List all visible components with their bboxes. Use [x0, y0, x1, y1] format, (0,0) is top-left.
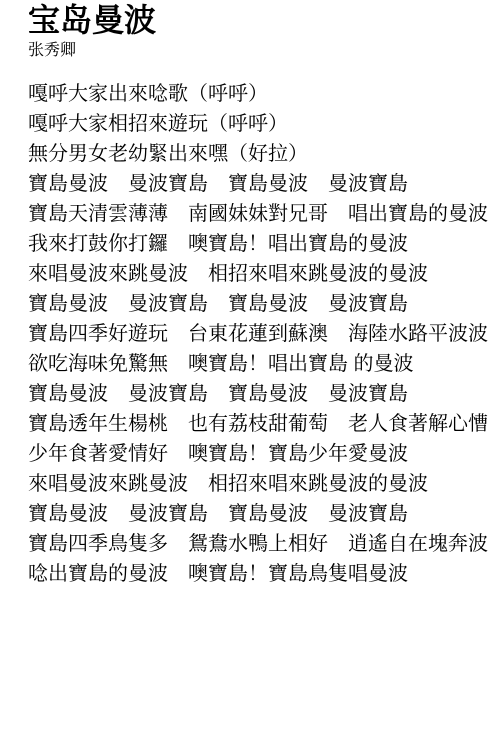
lyric-line: 少年食著愛情好 噢寶島！寶島少年愛曼波 [28, 439, 500, 469]
lyric-line: 寶島透年生楊桃 也有荔枝甜葡萄 老人食著解心慒 [28, 409, 500, 439]
lyric-line: 欲吃海味免驚無 噢寶島！唱出寶島 的曼波 [28, 349, 500, 379]
lyric-line: 寶島曼波 曼波寶島 寶島曼波 曼波寶島 [28, 499, 500, 529]
lyric-line: 我來打鼓你打鑼 噢寶島！唱出寶島的曼波 [28, 229, 500, 259]
lyric-line: 寶島曼波 曼波寶島 寶島曼波 曼波寶島 [28, 379, 500, 409]
lyric-line: 嘎呼大家相招來遊玩（呼呼） [28, 109, 500, 139]
song-title: 宝岛曼波 [28, 2, 500, 38]
lyric-line: 寶島四季鳥隻多 鴛鴦水鴨上相好 逍遙自在塊奔波 [28, 529, 500, 559]
lyric-line: 來唱曼波來跳曼波 相招來唱來跳曼波的曼波 [28, 259, 500, 289]
lyric-line: 無分男女老幼緊出來嘿（好拉） [28, 139, 500, 169]
lyric-line: 寶島曼波 曼波寶島 寶島曼波 曼波寶島 [28, 289, 500, 319]
lyrics-page: 宝岛曼波 张秀卿 嘎呼大家出來唸歌（呼呼） 嘎呼大家相招來遊玩（呼呼） 無分男女… [0, 0, 500, 730]
artist-name: 张秀卿 [28, 40, 500, 62]
lyric-line: 嘎呼大家出來唸歌（呼呼） [28, 79, 500, 109]
lyrics-block: 嘎呼大家出來唸歌（呼呼） 嘎呼大家相招來遊玩（呼呼） 無分男女老幼緊出來嘿（好拉… [28, 79, 500, 589]
lyric-line: 寶島四季好遊玩 台東花蓮到蘇澳 海陸水路平波波 [28, 319, 500, 349]
lyric-line: 寶島天清雲薄薄 南國妹妹對兄哥 唱出寶島的曼波 [28, 199, 500, 229]
lyric-line: 唸出寶島的曼波 噢寶島！寶島鳥隻唱曼波 [28, 559, 500, 589]
lyric-line: 寶島曼波 曼波寶島 寶島曼波 曼波寶島 [28, 169, 500, 199]
lyric-line: 來唱曼波來跳曼波 相招來唱來跳曼波的曼波 [28, 469, 500, 499]
